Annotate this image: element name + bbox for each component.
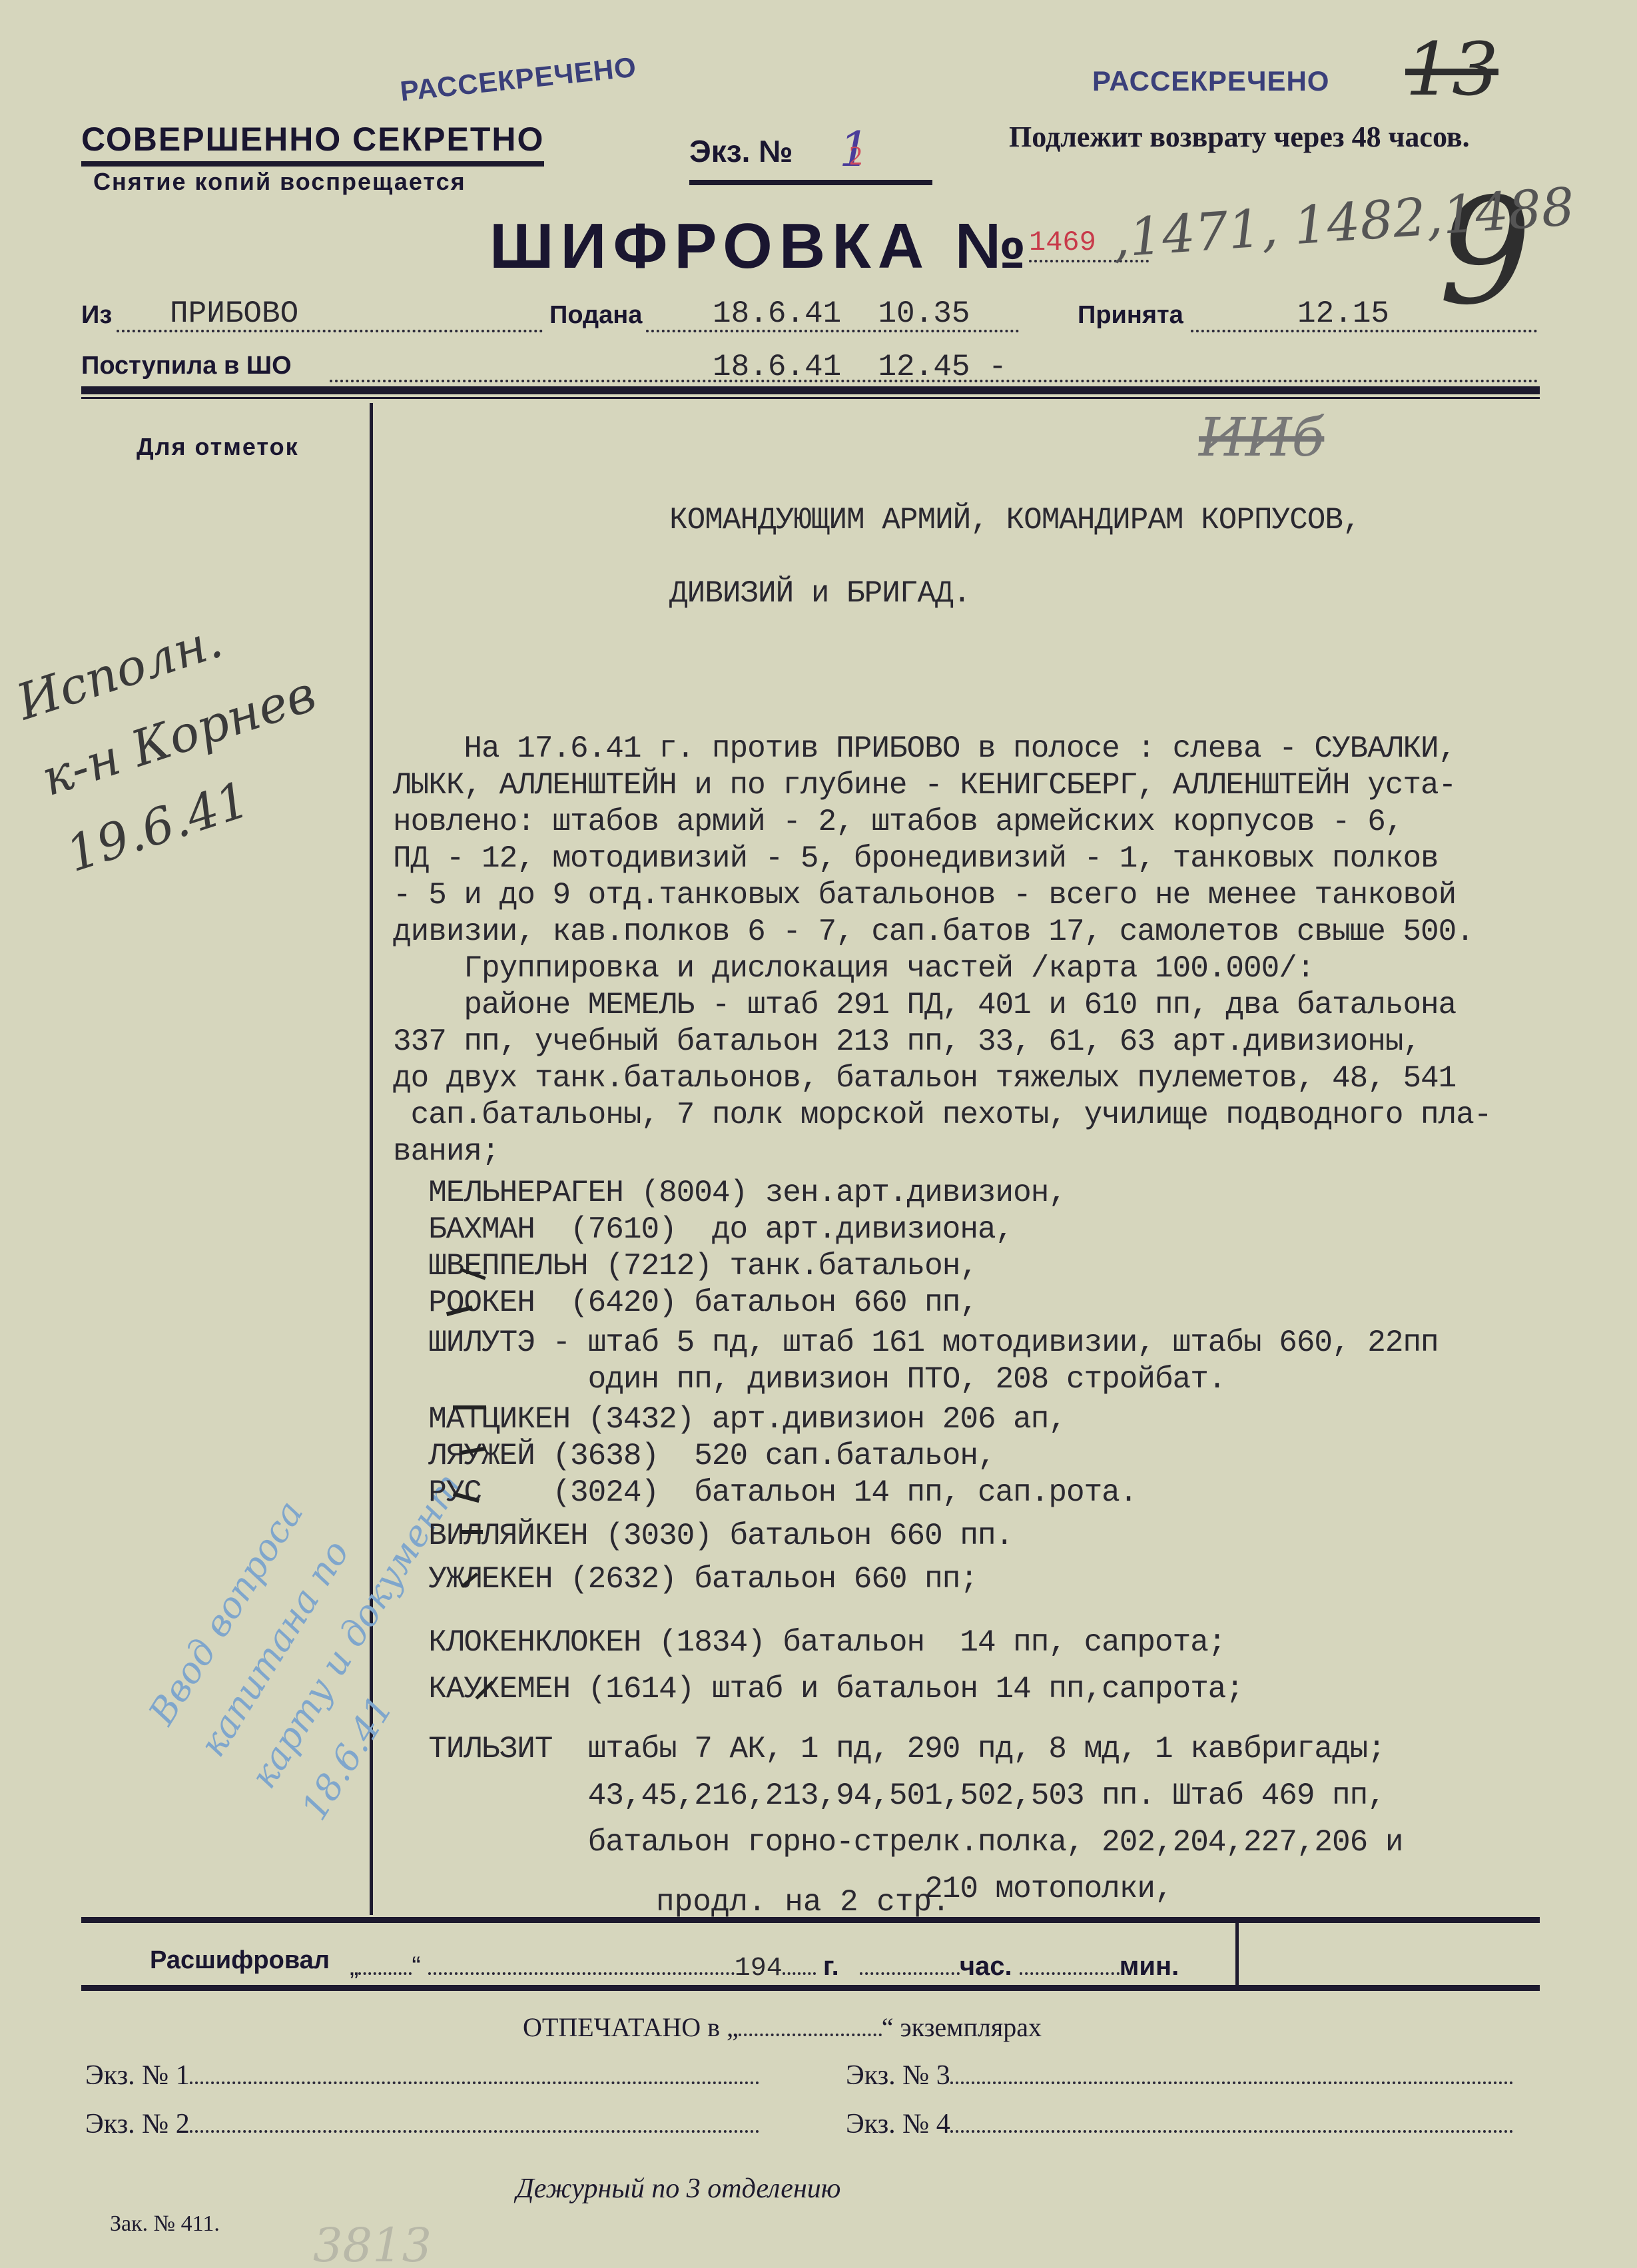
submitted-value: 18.6.41 10.35 bbox=[713, 296, 970, 331]
copy-3-blank bbox=[950, 2081, 1513, 2084]
archive-pencil-number: 3813 bbox=[313, 2218, 432, 2268]
location-item: КЛОКЕНКЛОКЕН (1834) батальон 14 пп, сапр… bbox=[393, 1625, 1225, 1660]
no-copies-label: Снятие копий воспрещается bbox=[93, 168, 466, 196]
return-notice: Подлежит возврату через 48 часов. bbox=[1009, 120, 1470, 154]
cipher-number-red: 1469 bbox=[1029, 226, 1096, 258]
printed-prefix: ОТПЕЧАТАНО в „ bbox=[523, 2012, 739, 2042]
body-line: до двух танк.батальонов, батальон тяжелы… bbox=[393, 1061, 1456, 1096]
location-item: МАТЦИКЕН (3432) арт.дивизион 206 ап, bbox=[393, 1402, 1066, 1437]
check-mark bbox=[453, 1405, 486, 1409]
header-divider-thin bbox=[81, 397, 1540, 399]
location-item: МЕЛЬНЕРАГЕН (8004) зен.арт.дивизион, bbox=[393, 1176, 1066, 1210]
location-item: ЛЯУЖЕЙ (3638) 520 сап.батальон, bbox=[393, 1439, 996, 1473]
copy-1-label: Экз. № 1 bbox=[85, 2060, 190, 2091]
copy-2-label: Экз. № 2 bbox=[85, 2109, 190, 2139]
accepted-value: 12.15 bbox=[1297, 296, 1389, 331]
body-line: - 5 и до 9 отд.танковых батальонов - все… bbox=[393, 878, 1456, 913]
minute-label: мин. bbox=[1120, 1952, 1179, 1981]
footer-divider-bottom bbox=[81, 1985, 1540, 1991]
copy-2-row: Экз. № 2 bbox=[85, 2108, 759, 2140]
body-line: 337 пп, учебный батальон 213 пп, 33, 61,… bbox=[393, 1024, 1421, 1059]
location-item: ТИЛЬЗИТ штабы 7 АК, 1 пд, 290 пд, 8 мд, … bbox=[393, 1732, 1385, 1766]
decoded-by-label: Расшифровал bbox=[150, 1946, 330, 1975]
hour-label: час. bbox=[960, 1952, 1012, 1981]
year-prefix: 194 bbox=[735, 1954, 783, 1984]
from-value: ПРИБОВО bbox=[170, 296, 298, 331]
corner-number-crossed: 13 bbox=[1405, 27, 1498, 112]
copy-1-blank bbox=[190, 2081, 759, 2084]
body-line: Группировка и дислокация частей /карта 1… bbox=[393, 951, 1314, 986]
copy-number-label: Экз. № bbox=[689, 134, 793, 169]
copy-4-blank bbox=[950, 2130, 1513, 2133]
address-line-1: КОМАНДУЮЩИМ АРМИЙ, КОМАНДИРАМ КОРПУСОВ, bbox=[669, 503, 1361, 538]
copy-3-label: Экз. № 3 bbox=[846, 2060, 950, 2091]
open-quote: „ bbox=[350, 1952, 358, 1981]
location-item: БАХМАН (7610) до арт.дивизиона, bbox=[393, 1212, 1013, 1247]
top-signature: ИИб bbox=[1199, 406, 1324, 468]
check-mark bbox=[460, 1530, 483, 1534]
accepted-label: Принята bbox=[1078, 301, 1183, 330]
day-blank bbox=[358, 1972, 412, 1975]
copy-3-row: Экз. № 3 bbox=[846, 2060, 1513, 2091]
year-suffix: г. bbox=[823, 1952, 839, 1981]
submitted-field: 18.6.41 10.35 bbox=[646, 296, 1019, 332]
month-blank bbox=[428, 1972, 735, 1975]
close-quote: “ bbox=[412, 1952, 420, 1981]
location-item: батальон горно-стрелк.полка, 202,204,227… bbox=[393, 1825, 1403, 1860]
body-line: сап.батальоны, 7 полк морской пехоты, уч… bbox=[393, 1098, 1491, 1132]
location-item: УЖЛЕКЕН (2632) батальон 660 пп; bbox=[393, 1562, 978, 1597]
location-item: ВИЛЛЯЙКЕН (3030) батальон 660 пп. bbox=[393, 1519, 1013, 1553]
decoded-date-field: „“ 194 г. час. мин. bbox=[350, 1952, 1179, 1984]
location-item: 43,45,216,213,94,501,502,503 пп. Штаб 46… bbox=[393, 1778, 1385, 1813]
printed-count-blank bbox=[739, 2034, 882, 2036]
continued-note: продл. на 2 стр. bbox=[656, 1885, 950, 1920]
from-label: Из bbox=[81, 301, 112, 330]
location-item: один пп, дивизион ПТО, 208 стройбат. bbox=[393, 1362, 1225, 1397]
accepted-field: 12.15 bbox=[1191, 296, 1537, 332]
classification-label: СОВЕРШЕННО СЕКРЕТНО bbox=[81, 120, 544, 167]
margin-label: Для отметок bbox=[137, 433, 299, 461]
body-line: районе МЕМЕЛЬ - штаб 291 ПД, 401 и 610 п… bbox=[393, 988, 1456, 1022]
printed-copies-line: ОТПЕЧАТАНО в „“ экземплярах bbox=[523, 2012, 1042, 2043]
footer-divider-top bbox=[81, 1917, 1540, 1923]
copy-number-field: Экз. № 1 2 bbox=[689, 133, 932, 185]
copy-number-red: 2 bbox=[849, 140, 862, 171]
location-item: РООКЕН (6420) батальон 660 пп, bbox=[393, 1286, 978, 1320]
order-number: Зак. № 411. bbox=[110, 2211, 220, 2237]
year-blank bbox=[783, 1972, 816, 1975]
received-value: 18.6.41 12.45 - bbox=[713, 350, 1007, 384]
received-field: 18.6.41 12.45 - bbox=[330, 350, 1538, 382]
copy-2-blank bbox=[190, 2130, 759, 2133]
received-label: Поступила в ШО bbox=[81, 352, 292, 380]
copy-4-label: Экз. № 4 bbox=[846, 2109, 950, 2139]
document-title: ШИФРОВКА № bbox=[490, 210, 1033, 283]
margin-pencil-note: Исполн. к-н Корнев 19.6.41 bbox=[7, 578, 351, 894]
body-line: ПД - 12, мотодивизий - 5, бронедивизий -… bbox=[393, 841, 1439, 876]
submitted-label: Подана bbox=[549, 301, 642, 330]
body-line: На 17.6.41 г. против ПРИБОВО в полосе : … bbox=[393, 731, 1456, 766]
body-line: дивизии, кав.полков 6 - 7, сап.батов 17,… bbox=[393, 915, 1474, 949]
printed-suffix: “ экземплярах bbox=[882, 2012, 1042, 2042]
header-divider bbox=[81, 386, 1540, 394]
declassified-stamp-right: РАССЕКРЕЧЕНО bbox=[1092, 65, 1329, 97]
declassified-stamp-left: РАССЕКРЕЧЕНО bbox=[398, 51, 638, 108]
body-line: вания; bbox=[393, 1134, 499, 1169]
duty-officer-label: Дежурный по 3 отделению bbox=[516, 2173, 840, 2205]
from-field: ПРИБОВО bbox=[117, 296, 543, 332]
body-line: ЛЫКК, АЛЛЕНШТЕЙН и по глубине - КЕНИГСБЕ… bbox=[393, 768, 1456, 803]
location-item: КАУКЕМЕН (1614) штаб и батальон 14 пп,са… bbox=[393, 1672, 1243, 1706]
copy-1-row: Экз. № 1 bbox=[85, 2060, 759, 2091]
hour-blank bbox=[860, 1972, 960, 1975]
footer-vertical bbox=[1235, 1922, 1239, 1988]
copy-4-row: Экз. № 4 bbox=[846, 2108, 1513, 2140]
location-item: ШИЛУТЭ - штаб 5 пд, штаб 161 мотодивизии… bbox=[393, 1325, 1439, 1360]
location-item: РУС (3024) батальон 14 пп, сап.рота. bbox=[393, 1475, 1137, 1510]
minute-blank bbox=[1020, 1972, 1120, 1975]
body-line: новлено: штабов армий - 2, штабов армейс… bbox=[393, 805, 1403, 839]
address-line-2: ДИВИЗИЙ и БРИГАД. bbox=[669, 576, 970, 611]
